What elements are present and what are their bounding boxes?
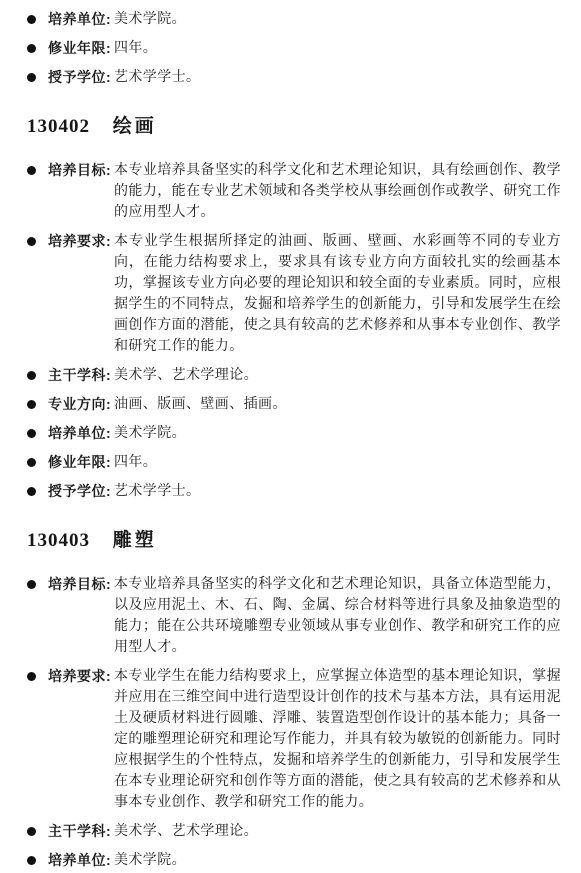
bullet-icon: [27, 856, 36, 865]
item-label: 主干学科:: [48, 821, 114, 842]
bullet-icon: [27, 487, 36, 496]
item-label: 培养目标:: [48, 574, 114, 595]
item-text: 美术学院。: [114, 850, 561, 871]
section-heading-sculpture: 130403 雕塑: [27, 529, 561, 553]
bullet-icon: [27, 672, 36, 681]
list-item: 修业年限: 四年。: [27, 38, 561, 59]
bullet-icon: [27, 15, 36, 24]
item-text: 美术学、艺术学理论。: [114, 365, 561, 386]
list-item: 主干学科: 美术学、艺术学理论。: [27, 365, 561, 386]
list-item: 专业方向: 油画、版画、壁画、插画。: [27, 394, 561, 415]
list-item: 培养单位: 美术学院。: [27, 850, 561, 871]
item-text: 美术学、艺术学理论。: [114, 821, 561, 842]
bullet-icon: [27, 827, 36, 836]
bullet-icon: [27, 44, 36, 53]
section-title: 雕塑: [113, 530, 157, 551]
item-text: 艺术学学士。: [114, 67, 561, 88]
document-page: 培养单位: 美术学院。 修业年限: 四年。 授予学位: 艺术学学士。 13040…: [0, 0, 581, 871]
bullet-icon: [27, 371, 36, 380]
item-text: 本专业学生根据所择定的油画、版画、壁画、水彩画等不同的专业方向，在能力结构要求上…: [114, 231, 561, 357]
list-item: 授予学位: 艺术学学士。: [27, 481, 561, 502]
item-text: 四年。: [114, 452, 561, 473]
list-item: 培养目标: 本专业培养具备坚实的科学文化和艺术理论知识，具备立体造型能力，以及应…: [27, 574, 561, 658]
item-label: 培养单位:: [48, 850, 114, 871]
item-label: 培养要求:: [48, 666, 114, 687]
item-text: 本专业培养具备坚实的科学文化和艺术理论知识，具有绘画创作、教学的能力，能在专业艺…: [114, 160, 561, 223]
list-item: 培养单位: 美术学院。: [27, 423, 561, 444]
bullet-icon: [27, 580, 36, 589]
list-item: 授予学位: 艺术学学士。: [27, 67, 561, 88]
list-item: 培养要求: 本专业学生根据所择定的油画、版画、壁画、水彩画等不同的专业方向，在能…: [27, 231, 561, 357]
item-label: 授予学位:: [48, 67, 114, 88]
bullet-icon: [27, 400, 36, 409]
list-item: 培养要求: 本专业学生在能力结构要求上，应掌握立体造型的基本理论知识，掌握并应用…: [27, 666, 561, 813]
item-label: 培养目标:: [48, 160, 114, 181]
item-label: 培养单位:: [48, 9, 114, 30]
item-text: 艺术学学士。: [114, 481, 561, 502]
item-label: 专业方向:: [48, 394, 114, 415]
item-label: 主干学科:: [48, 365, 114, 386]
bullet-icon: [27, 166, 36, 175]
list-item: 修业年限: 四年。: [27, 452, 561, 473]
bullet-icon: [27, 458, 36, 467]
item-text: 美术学院。: [114, 9, 561, 30]
bullet-icon: [27, 73, 36, 82]
item-text: 油画、版画、壁画、插画。: [114, 394, 561, 415]
item-text: 本专业学生在能力结构要求上，应掌握立体造型的基本理论知识，掌握并应用在三维空间中…: [114, 666, 561, 813]
list-item: 主干学科: 美术学、艺术学理论。: [27, 821, 561, 842]
item-label: 培养单位:: [48, 423, 114, 444]
item-label: 培养要求:: [48, 231, 114, 252]
item-label: 修业年限:: [48, 38, 114, 59]
bullet-icon: [27, 237, 36, 246]
list-item: 培养目标: 本专业培养具备坚实的科学文化和艺术理论知识，具有绘画创作、教学的能力…: [27, 160, 561, 223]
item-text: 本专业培养具备坚实的科学文化和艺术理论知识，具备立体造型能力，以及应用泥土、木、…: [114, 574, 561, 658]
list-item: 培养单位: 美术学院。: [27, 9, 561, 30]
item-text: 四年。: [114, 38, 561, 59]
section-heading-painting: 130402 绘画: [27, 115, 561, 139]
item-label: 修业年限:: [48, 452, 114, 473]
section-title: 绘画: [113, 116, 157, 137]
section-code: 130403: [27, 530, 90, 551]
item-label: 授予学位:: [48, 481, 114, 502]
bullet-icon: [27, 429, 36, 438]
section-code: 130402: [27, 116, 90, 137]
item-text: 美术学院。: [114, 423, 561, 444]
